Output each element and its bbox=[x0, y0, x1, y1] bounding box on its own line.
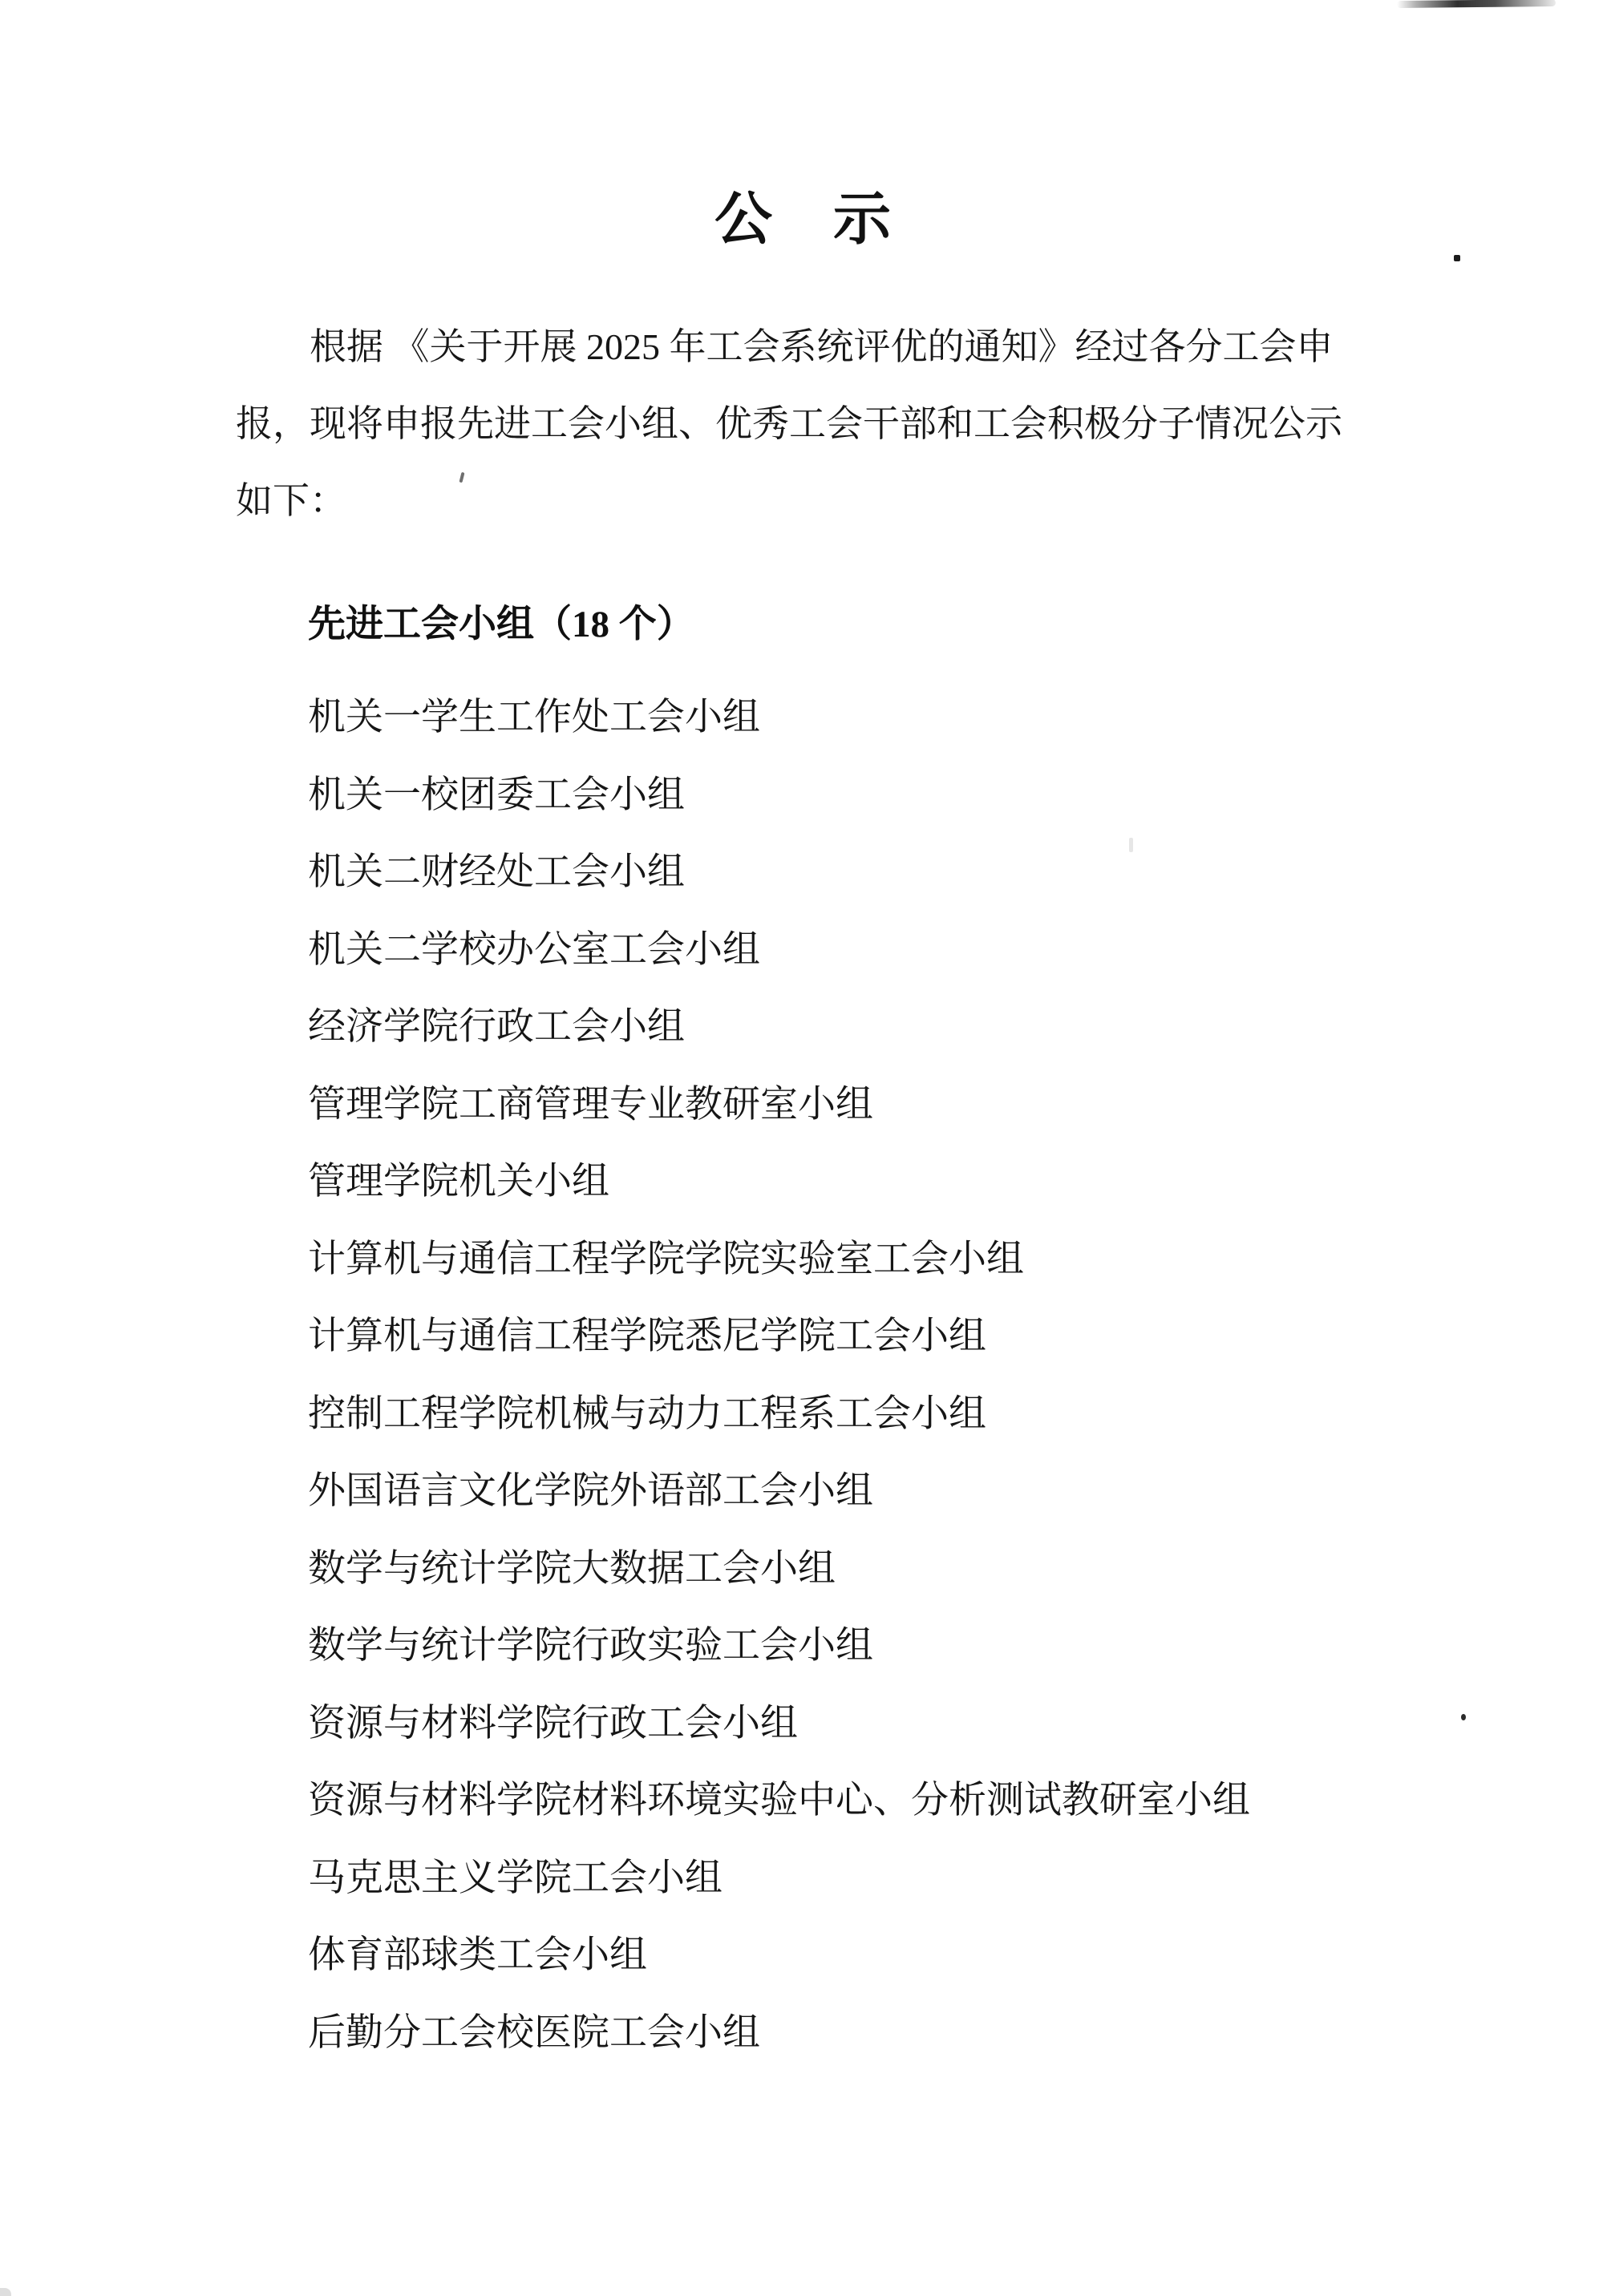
document-page: 公 示 根据 《关于开展 2025 年工会系统评优的通知》经过各分工会申 报，现… bbox=[0, 0, 1607, 2296]
list-item: 数学与统计学院行政实验工会小组 bbox=[308, 1607, 1250, 1685]
list-item: 资源与材料学院材料环境实验中心、分析测试教研室小组 bbox=[308, 1762, 1250, 1840]
list-item: 机关二财经处工会小组 bbox=[308, 834, 1250, 912]
paragraph-line: 报，现将申报先进工会小组、优秀工会干部和工会积极分子情况公示 bbox=[236, 386, 1399, 463]
list-item: 管理学院机关小组 bbox=[308, 1143, 1250, 1221]
list-item: 管理学院工商管理专业教研室小组 bbox=[308, 1066, 1250, 1144]
list-item: 资源与材料学院行政工会小组 bbox=[308, 1685, 1250, 1763]
intro-paragraph: 根据 《关于开展 2025 年工会系统评优的通知》经过各分工会申 报，现将申报先… bbox=[236, 309, 1399, 540]
list-item: 体育部球类工会小组 bbox=[308, 1917, 1250, 1995]
list-item: 马克思主义学院工会小组 bbox=[308, 1840, 1250, 1918]
scan-artifact-smudge bbox=[1397, 0, 1556, 8]
list-item: 数学与统计学院大数据工会小组 bbox=[308, 1530, 1250, 1608]
paragraph-line: 根据 《关于开展 2025 年工会系统评优的通知》经过各分工会申 bbox=[236, 309, 1399, 386]
list-item: 计算机与通信工程学院学院实验室工会小组 bbox=[308, 1221, 1250, 1299]
union-group-list: 机关一学生工作处工会小组 机关一校团委工会小组 机关二财经处工会小组 机关二学校… bbox=[308, 679, 1250, 2072]
list-item: 机关一学生工作处工会小组 bbox=[308, 679, 1250, 757]
list-item: 控制工程学院机械与动力工程系工会小组 bbox=[308, 1376, 1250, 1453]
section-heading: 先进工会小组（18 个） bbox=[308, 586, 694, 663]
paragraph-line: 如下： bbox=[236, 463, 1399, 540]
list-item: 机关一校团委工会小组 bbox=[308, 757, 1250, 835]
list-item: 后勤分工会校医院工会小组 bbox=[308, 1995, 1250, 2072]
list-item: 计算机与通信工程学院悉尼学院工会小组 bbox=[308, 1298, 1250, 1376]
list-item: 外国语言文化学院外语部工会小组 bbox=[308, 1453, 1250, 1530]
list-item: 经济学院行政工会小组 bbox=[308, 988, 1250, 1066]
document-title: 公 示 bbox=[0, 191, 1607, 249]
list-item: 机关二学校办公室工会小组 bbox=[308, 912, 1250, 989]
scan-artifact-dot bbox=[1461, 1714, 1466, 1720]
scan-artifact-dot bbox=[1454, 255, 1460, 261]
scan-artifact-corner bbox=[0, 2288, 11, 2296]
